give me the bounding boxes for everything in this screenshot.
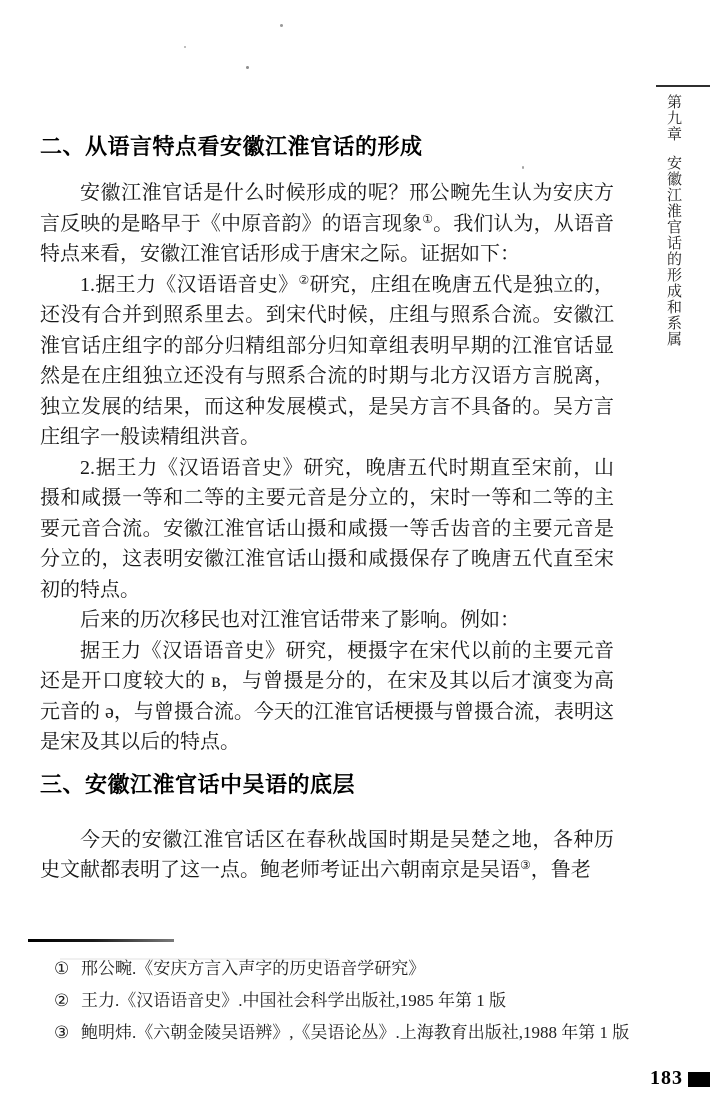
footnote-text: 王力.《汉语语音史》.中国社会科学出版社,1985 年第 1 版 xyxy=(81,990,654,1011)
paragraph-text: 1.据王力《汉语语音史》 xyxy=(80,274,298,296)
book-page: 第九章安徽江淮官话的形成和系属 二、从语言特点看安徽江淮官话的形成 安徽江淮官话… xyxy=(0,0,710,1116)
footnote-item: ② 王力.《汉语语音史》.中国社会科学出版社,1985 年第 1 版 xyxy=(54,990,654,1011)
footnote-marker: ② xyxy=(54,990,81,1011)
paragraph-text: ，鲁老 xyxy=(531,859,591,881)
footnote-ref-3: ③ xyxy=(520,858,531,872)
section-heading-two: 二、从语言特点看安徽江淮官话的形成 xyxy=(40,132,614,161)
scan-speck xyxy=(280,24,283,27)
page-edge-tab xyxy=(688,1072,710,1087)
paragraph-migration: 后来的历次移民也对江淮官话带来了影响。例如： xyxy=(40,605,614,636)
footnote-marker: ① xyxy=(54,958,81,979)
footnote-ref-2: ② xyxy=(298,273,309,287)
footnote-separator xyxy=(28,939,174,942)
paragraph-text: 研究，庄组在晚唐五代是独立的，还没有合并到照系里去。到宋代时候，庄组与照系合流。… xyxy=(40,274,614,449)
footnotes-block: ① 邢公畹.《安庆方言入声字的历史语音学研究》 ② 王力.《汉语语音史》.中国社… xyxy=(54,958,654,1054)
scan-speck xyxy=(184,46,186,48)
sidebar-gap xyxy=(673,142,674,155)
scan-speck xyxy=(246,66,249,69)
footnote-marker: ③ xyxy=(54,1022,81,1043)
chapter-sidebar: 第九章安徽江淮官话的形成和系属 xyxy=(663,94,684,347)
paragraph-wu-substrate: 今天的安徽江淮官话区在春秋战国时期是吴楚之地，各种历史文献都表明了这一点。鲍老师… xyxy=(40,825,614,886)
chapter-title-label: 安徽江淮官话的形成和系属 xyxy=(665,155,681,347)
main-text-column: 二、从语言特点看安徽江淮官话的形成 安徽江淮官话是什么时候形成的呢？邢公畹先生认… xyxy=(40,132,614,886)
paragraph-evidence-1: 1.据王力《汉语语音史》②研究，庄组在晚唐五代是独立的，还没有合并到照系里去。到… xyxy=(40,270,614,453)
chapter-number-label: 第九章 xyxy=(665,94,681,142)
footnote-item: ③ 鲍明炜.《六朝金陵吴语辨》,《吴语论丛》.上海教育出版社,1988 年第 1… xyxy=(54,1022,654,1043)
sidebar-rule xyxy=(656,85,710,87)
footnote-ref-1: ① xyxy=(422,212,433,226)
paragraph-evidence-2: 2.据王力《汉语语音史》研究，晚唐五代时期直至宋前，山摄和咸摄一等和二等的主要元… xyxy=(40,453,614,606)
paragraph-text: 今天的安徽江淮官话区在春秋战国时期是吴楚之地，各种历史文献都表明了这一点。鲍老师… xyxy=(40,829,614,882)
paragraph-geng-she: 据王力《汉语语音史》研究，梗摄字在宋代以前的主要元音还是开口度较大的 ʙ，与曾摄… xyxy=(40,636,614,758)
footnote-item: ① 邢公畹.《安庆方言入声字的历史语音学研究》 xyxy=(54,958,654,979)
scan-speck xyxy=(522,166,524,169)
footnote-text: 鲍明炜.《六朝金陵吴语辨》,《吴语论丛》.上海教育出版社,1988 年第 1 版 xyxy=(81,1022,654,1043)
paragraph-intro: 安徽江淮官话是什么时候形成的呢？邢公畹先生认为安庆方言反映的是略早于《中原音韵》… xyxy=(40,178,614,270)
section-heading-three: 三、安徽江淮官话中吴语的底层 xyxy=(40,770,614,799)
footnote-text: 邢公畹.《安庆方言入声字的历史语音学研究》 xyxy=(81,958,654,979)
page-number: 183 xyxy=(650,1067,683,1090)
